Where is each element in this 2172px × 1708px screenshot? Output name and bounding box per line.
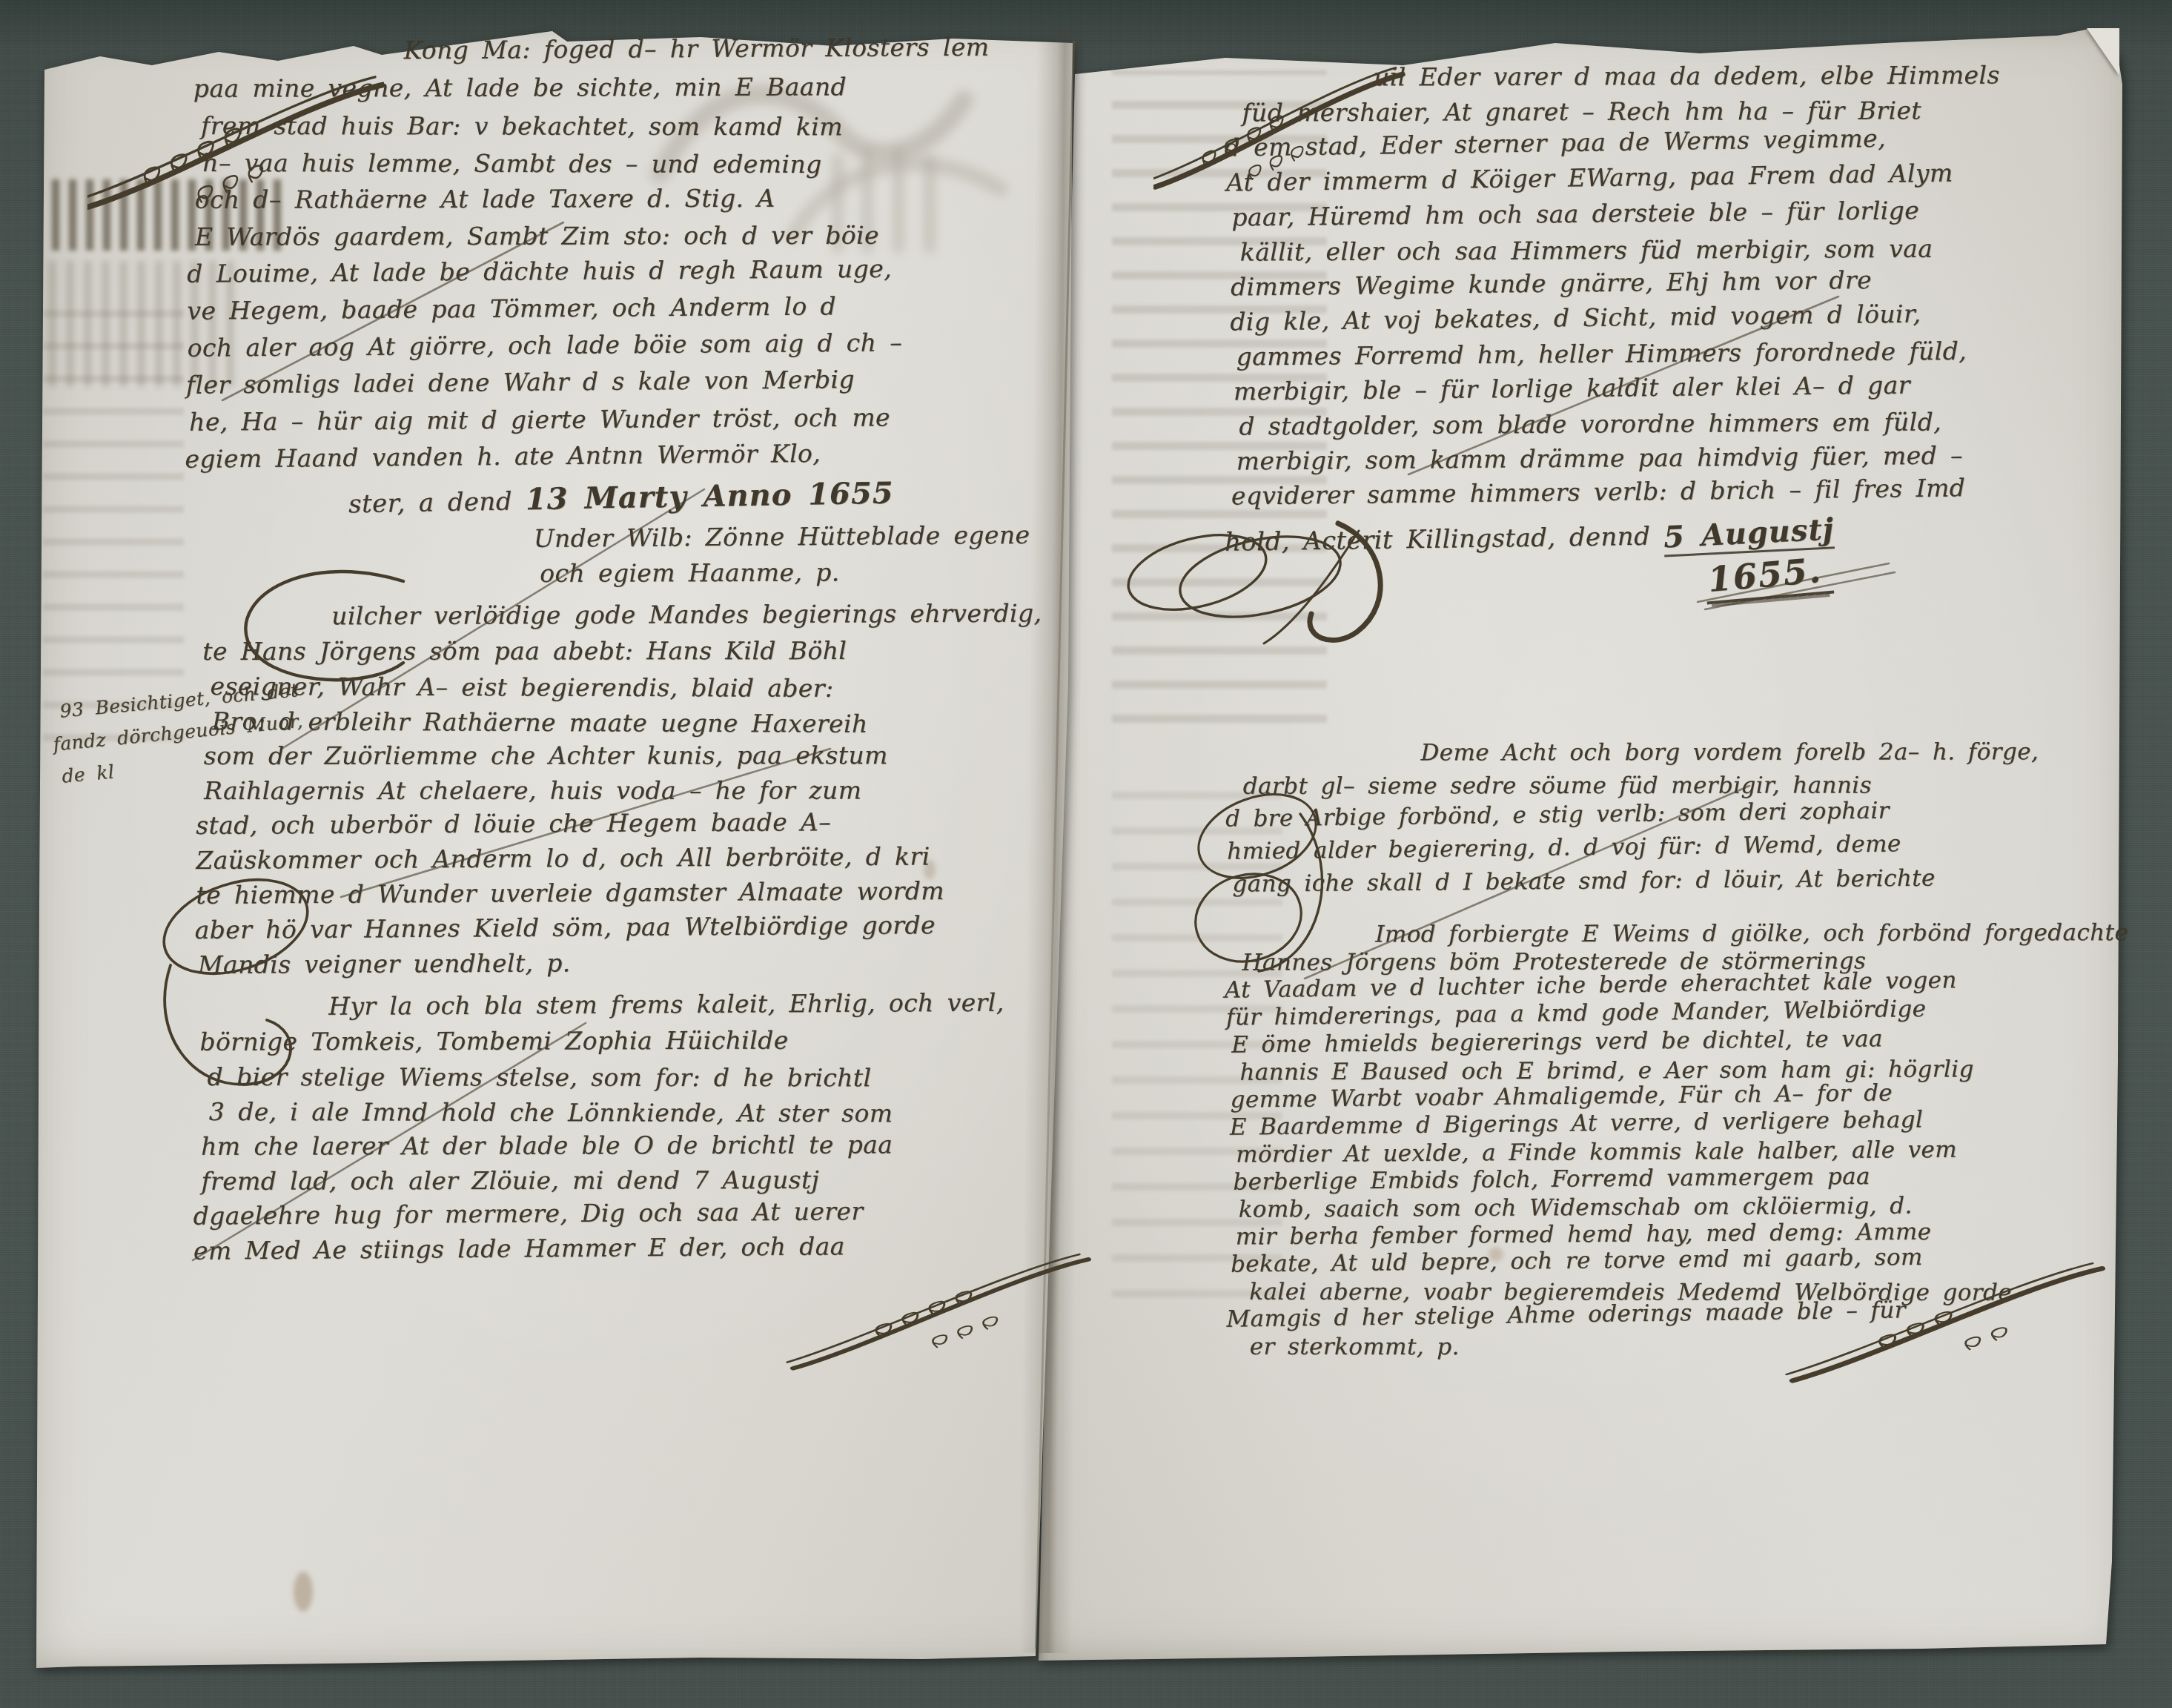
manuscript-line: Kong Ma: foged d– hr Wermör Klosters lem (391, 29, 989, 70)
manuscript-line: paar, Hüremd hm och saa dersteie ble – f… (1224, 192, 2001, 235)
manuscript-line: te Hans Jörgens söm paa abebt: Hans Kild… (186, 633, 1042, 669)
left-closing-lines: Under Wilb: Zönne Hütteblade egeneoch eg… (519, 517, 1030, 591)
manuscript-line: d Louime, At lade be dächte huis d regh … (178, 250, 990, 293)
manuscript-line: egiem Haand vanden h. ate Antnn Wermör K… (179, 434, 991, 478)
manuscript-line: eseigner, Wahr A– eist begierendis, blai… (186, 669, 1042, 706)
manuscript-line: E Wardös gaardem, Sambt Zim sto: och d v… (178, 216, 990, 255)
manuscript-line: och d– Rathäerne At lade Taxere d. Stig.… (178, 179, 990, 219)
manuscript-line: merbigir, ble – für lorlige kaldit aler … (1225, 366, 2002, 408)
manuscript-line: Zaüskommer och Anderm lo d, och All berb… (187, 838, 1042, 878)
right-paragraph-1: uil Eder varer d maa da dedem, elbe Himm… (1223, 55, 2003, 513)
manuscript-line: er sterkommt, p. (1226, 1334, 2131, 1362)
date-13-marty-anno-1655: 13 Marty Anno 1655 (526, 476, 894, 517)
manuscript-line: aber hö var Hannes Kield söm, paa Wtelbi… (187, 907, 1042, 947)
manuscript-line: 3 de, i ale Imnd hold che Lönnkiende, At… (184, 1094, 1005, 1131)
manuscript-line: frem stad huis Bar: v bekachtet, som kam… (177, 107, 990, 146)
closing-line: Under Wilb: Zönne Hütteblade egene (519, 517, 1030, 556)
manuscript-line: som der Zuörliemme che Achter kunis, paa… (187, 738, 1042, 773)
manuscript-line: em Med Ae stiings lade Hammer E der, och… (185, 1228, 1006, 1268)
manuscript-line: paa mine vegne, At lade be sichte, min E… (177, 68, 990, 107)
manuscript-line: Imod forbiergte E Weims d giölke, och fo… (1357, 919, 2128, 949)
manuscript-line: fler somligs ladei dene Wahr d s kale vo… (179, 360, 991, 403)
left-paragraph-1: Kong Ma: foged d– hr Wermör Klosters lem… (176, 29, 991, 478)
place-date-text: hold, Acterit Killingstad, dennd (1225, 521, 1664, 557)
manuscript-line: Raihlagernis At chelaere, huis voda – he… (187, 772, 1042, 808)
manuscript-line: Mandis veigner uendhelt, p. (188, 943, 1043, 982)
manuscript-line: börnige Tomkeis, Tombemi Zophia Hüichild… (183, 1022, 1004, 1059)
closing-line: och egiem Haanme, p. (519, 554, 1030, 591)
manuscript-line: uil Eder varer d maa da dedem, elbe Himm… (1355, 58, 2000, 95)
manuscript-line: d bier stelige Wiems stelse, som for: d … (184, 1059, 1005, 1096)
manuscript-line: Hyr la och bla stem frems kaleit, Ehrlig… (317, 985, 1004, 1024)
manuscript-line: uilcher verlöidige gode Mandes begiering… (319, 595, 1042, 633)
left-paragraph-3: Hyr la och bla stem frems kaleit, Ehrlig… (183, 985, 1005, 1268)
manuscript-line: dgaelehre hug for mermere, Dig och saa A… (184, 1193, 1005, 1234)
date-line-text: ster, a dend (348, 486, 526, 519)
archive-photograph: Kong Ma: foged d– hr Wermör Klosters lem… (0, 0, 2172, 1708)
folded-corner (2087, 28, 2119, 76)
manuscript-line: hm che laerer At der blade ble O de bric… (184, 1127, 1005, 1164)
manuscript-line: gang iche skall d I bekate smd for: d lö… (1225, 861, 2039, 900)
manuscript-line: h– vaa huis lemme, Sambt des – und edemi… (177, 145, 990, 184)
left-paragraph-2: uilcher verlöidige gode Mandes begiering… (186, 596, 1043, 982)
right-paragraph-2: Deme Acht och borg vordem forelb 2a– h. … (1224, 733, 2039, 901)
manuscript-line: Deme Acht och borg vordem forelb 2a– h. … (1403, 735, 2039, 769)
right-paragraph-3: Imod forbiergte E Weims d giölke, och fo… (1223, 916, 2130, 1360)
manuscript-line: ve Hegem, baade paa Tömmer, och Anderm l… (178, 287, 990, 330)
manuscript-line: Bro: d erbleihr Rathäerne maate uegne Ha… (187, 704, 1042, 742)
manuscript-line: te hiemme d Wunder uverleie dgamster Alm… (187, 873, 1042, 913)
manuscript-line: stad, och uberbör d löuie che Hegem baad… (187, 804, 1042, 843)
paper-stain (294, 1572, 313, 1612)
